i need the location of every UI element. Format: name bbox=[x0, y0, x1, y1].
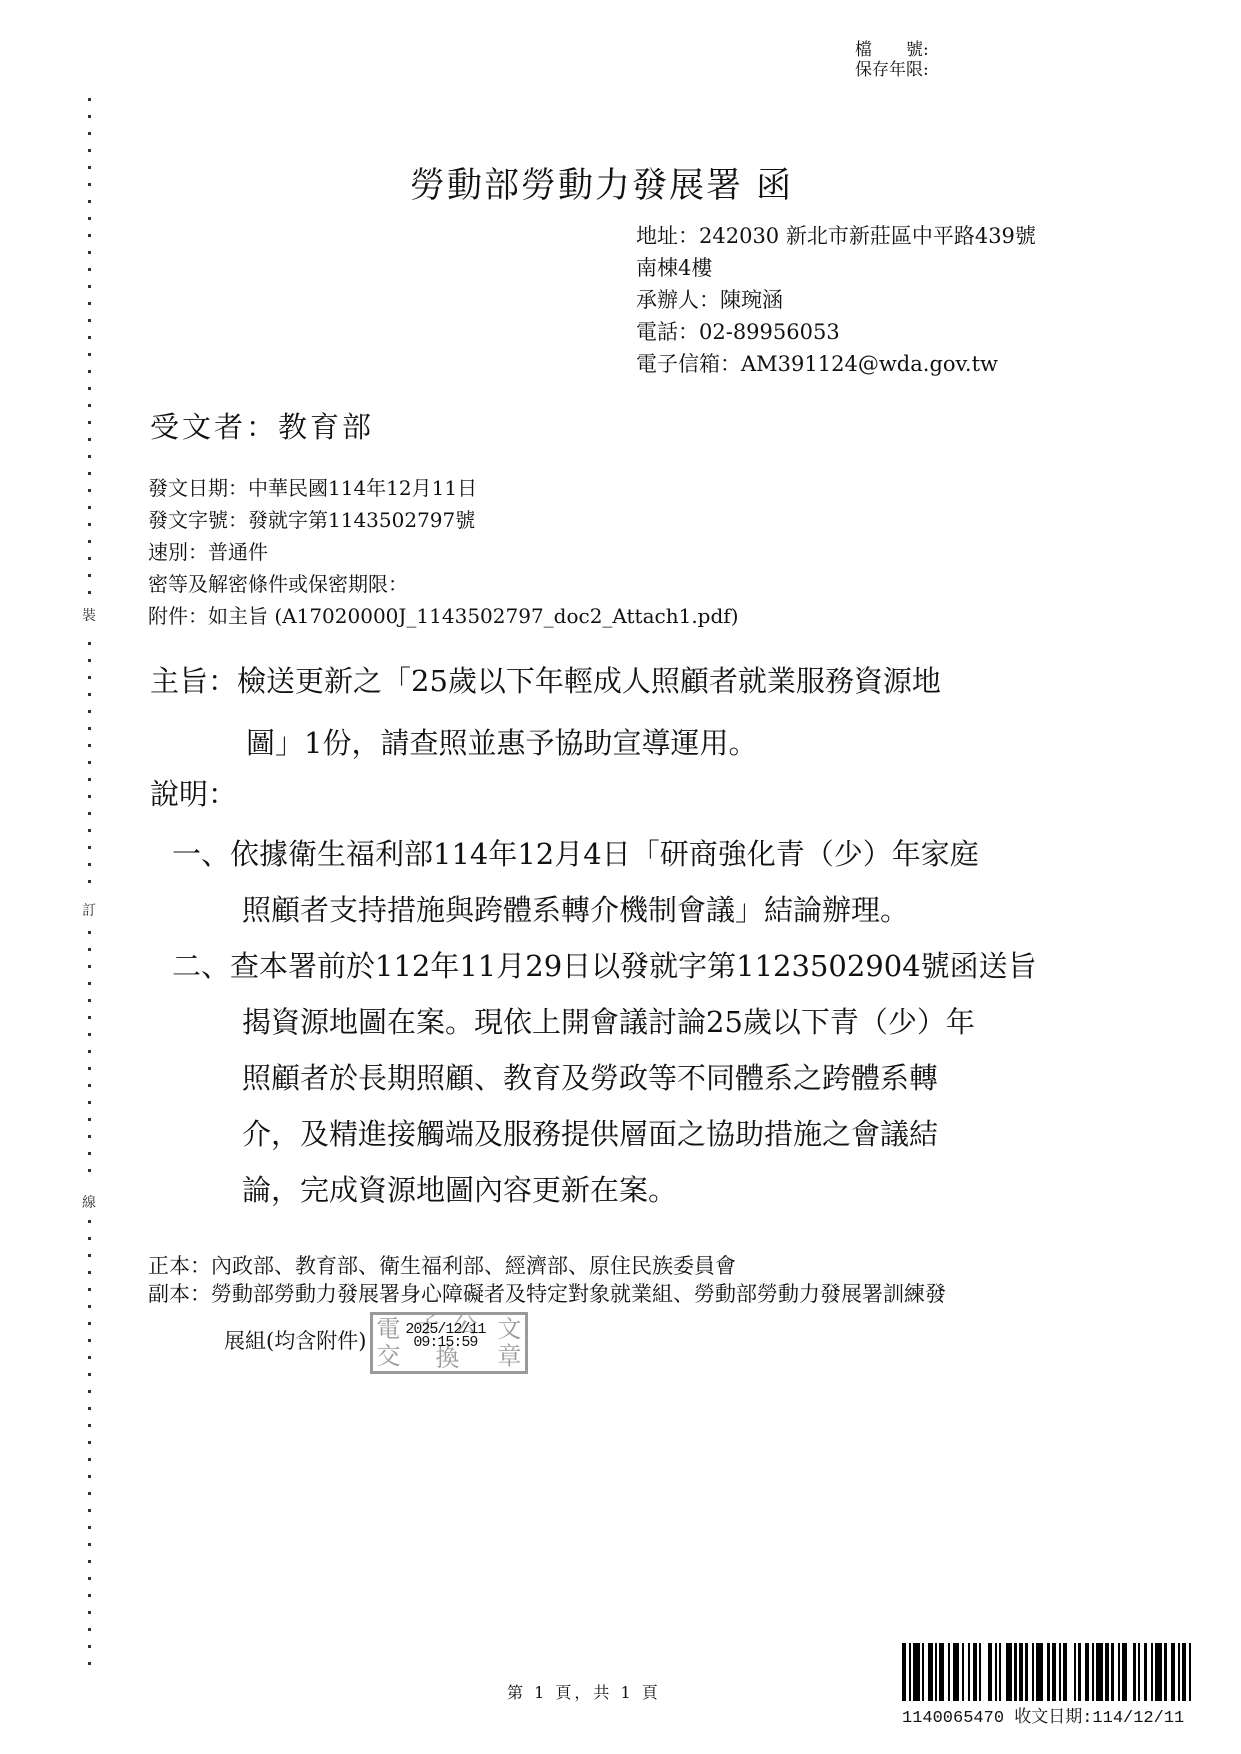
barcode-bar bbox=[1127, 1643, 1134, 1701]
barcode-bar bbox=[1006, 1643, 1013, 1701]
issue-date: 發文日期：中華民國114年12月11日 bbox=[148, 472, 739, 504]
binding-dot bbox=[88, 948, 91, 951]
binding-dot bbox=[88, 455, 91, 458]
binding-dot bbox=[88, 1594, 91, 1597]
retention-period-label: 保存年限: bbox=[855, 60, 929, 80]
binding-dot bbox=[88, 1424, 91, 1427]
binding-dot bbox=[88, 1288, 91, 1291]
binding-dot bbox=[88, 642, 91, 645]
barcode-text: 1140065470 收文日期:114/12/11 bbox=[902, 1702, 1184, 1728]
binding-dot bbox=[88, 421, 91, 424]
copy-recipients-line-2-row: 展組(均含附件) 電 子 公 文 交 換 章 2025/12/11 09:15:… bbox=[148, 1308, 946, 1374]
binding-dot bbox=[88, 251, 91, 254]
explanation-items: 一、依據衛生福利部114年12月4日「研商強化青（少）年家庭 照顧者支持措施與跨… bbox=[172, 826, 1037, 1218]
email: 電子信箱：AM391124@wda.gov.tw bbox=[636, 348, 1036, 380]
barcode-bar bbox=[1096, 1643, 1103, 1701]
binding-dot bbox=[88, 1135, 91, 1138]
binding-dot bbox=[88, 1577, 91, 1580]
binding-dot bbox=[88, 234, 91, 237]
binding-dot bbox=[88, 1169, 91, 1172]
binding-label: 線 bbox=[82, 1192, 96, 1212]
reference-block: 檔 號: 保存年限: bbox=[855, 40, 929, 80]
binding-dot bbox=[88, 1067, 91, 1070]
explanation-item-1: 一、依據衛生福利部114年12月4日「研商強化青（少）年家庭 照顧者支持措施與跨… bbox=[172, 826, 1037, 938]
binding-dot bbox=[88, 1152, 91, 1155]
item-line: 二、查本署前於112年11月29日以發就字第1123502904號函送旨 bbox=[172, 938, 1037, 994]
binding-dot bbox=[88, 285, 91, 288]
item-line: 照顧者支持措施與跨體系轉介機制會議」結論辦理。 bbox=[172, 882, 1037, 938]
binding-dot bbox=[88, 1492, 91, 1495]
handler: 承辦人：陳琬涵 bbox=[636, 284, 1036, 316]
binding-dot bbox=[88, 1033, 91, 1036]
binding-dot bbox=[88, 982, 91, 985]
binding-dot bbox=[88, 795, 91, 798]
phone: 電話：02-89956053 bbox=[636, 316, 1036, 348]
binding-dot bbox=[88, 1356, 91, 1359]
barcode-bar bbox=[913, 1643, 920, 1701]
binding-dot bbox=[88, 540, 91, 543]
page-number: 第 1 頁，共 1 頁 bbox=[507, 1680, 661, 1703]
secrecy-level: 密等及解密條件或保密期限： bbox=[148, 568, 739, 600]
binding-dot bbox=[88, 1441, 91, 1444]
binding-dot bbox=[88, 472, 91, 475]
binding-label: 裝 bbox=[82, 605, 96, 625]
binding-dot bbox=[88, 1016, 91, 1019]
binding-dot bbox=[88, 1628, 91, 1631]
binding-dot bbox=[88, 557, 91, 560]
barcode-bar bbox=[981, 1643, 988, 1701]
stamp-char: 交 bbox=[376, 1343, 400, 1369]
speed-class: 速別：普通件 bbox=[148, 536, 739, 568]
item-line: 論，完成資源地圖內容更新在案。 bbox=[172, 1162, 1037, 1218]
binding-dot bbox=[88, 1271, 91, 1274]
barcode bbox=[902, 1643, 1198, 1701]
binding-dot bbox=[88, 1322, 91, 1325]
binding-dot bbox=[88, 659, 91, 662]
subject-line-2: 圖」1份，請查照並惠予協助宣導運用。 bbox=[150, 712, 941, 774]
binding-dot bbox=[88, 591, 91, 594]
stamp-time: 09:15:59 bbox=[405, 1336, 485, 1349]
distribution-block: 正本：內政部、教育部、衛生福利部、經濟部、原住民族委員會 副本：勞動部勞動力發展… bbox=[148, 1252, 946, 1374]
binding-dot bbox=[88, 217, 91, 220]
binding-dot bbox=[88, 98, 91, 101]
document-title: 勞動部勞動力發展署 函 bbox=[410, 158, 793, 208]
binding-dot bbox=[88, 1475, 91, 1478]
address-line-2: 南棟4樓 bbox=[636, 252, 1036, 284]
binding-dot bbox=[88, 1390, 91, 1393]
subject-line-1: 主旨：檢送更新之「25歲以下年輕成人照顧者就業服務資源地 bbox=[150, 650, 941, 712]
binding-dot bbox=[88, 812, 91, 815]
binding-dot bbox=[88, 1237, 91, 1240]
binding-dot bbox=[88, 693, 91, 696]
binding-dot bbox=[88, 166, 91, 169]
binding-dot bbox=[88, 676, 91, 679]
item-line: 揭資源地圖在案。現依上開會議討論25歲以下青（少）年 bbox=[172, 994, 1037, 1050]
binding-dot bbox=[88, 880, 91, 883]
binding-dot bbox=[88, 200, 91, 203]
binding-dot bbox=[88, 1101, 91, 1104]
binding-margin: 裝訂線 bbox=[86, 98, 94, 1668]
binding-dot bbox=[88, 965, 91, 968]
binding-dot bbox=[88, 336, 91, 339]
binding-dot bbox=[88, 778, 91, 781]
binding-dot bbox=[88, 1611, 91, 1614]
item-line: 一、依據衛生福利部114年12月4日「研商強化青（少）年家庭 bbox=[172, 826, 1037, 882]
binding-dot bbox=[88, 183, 91, 186]
contact-block: 地址：242030 新北市新莊區中平路439號 南棟4樓 承辦人：陳琬涵 電話：… bbox=[636, 220, 1036, 380]
binding-dot bbox=[88, 846, 91, 849]
binding-dot bbox=[88, 353, 91, 356]
barcode-bar bbox=[1036, 1643, 1043, 1701]
barcode-bar bbox=[953, 1643, 960, 1701]
copy-recipients-line-1: 副本：勞動部勞動力發展署身心障礙者及特定對象就業組、勞動部勞動力發展署訓練發 bbox=[148, 1280, 946, 1308]
binding-dot bbox=[88, 319, 91, 322]
binding-dot bbox=[88, 404, 91, 407]
stamp-char: 文 bbox=[497, 1316, 521, 1342]
binding-dot bbox=[88, 829, 91, 832]
binding-dot bbox=[88, 1560, 91, 1563]
stamp-char: 電 bbox=[376, 1316, 400, 1342]
electronic-exchange-stamp: 電 子 公 文 交 換 章 2025/12/11 09:15:59 bbox=[370, 1312, 528, 1374]
binding-dot bbox=[88, 489, 91, 492]
binding-dot bbox=[88, 1050, 91, 1053]
item-line: 照顧者於長期照顧、教育及勞政等不同體系之跨體系轉 bbox=[172, 1050, 1037, 1106]
binding-dot bbox=[88, 506, 91, 509]
binding-dot bbox=[88, 761, 91, 764]
address-line-1: 地址：242030 新北市新莊區中平路439號 bbox=[636, 220, 1036, 252]
document-meta: 發文日期：中華民國114年12月11日 發文字號：發就字第1143502797號… bbox=[148, 472, 739, 632]
barcode-bar bbox=[1155, 1643, 1162, 1701]
barcode-bar bbox=[1191, 1643, 1198, 1701]
attachment: 附件：如主旨 (A17020000J_1143502797_doc2_Attac… bbox=[148, 600, 739, 632]
binding-dot bbox=[88, 744, 91, 747]
stamp-char: 章 bbox=[497, 1343, 521, 1369]
binding-dot bbox=[88, 999, 91, 1002]
binding-dot bbox=[88, 1305, 91, 1308]
explanation-item-2: 二、查本署前於112年11月29日以發就字第1123502904號函送旨 揭資源… bbox=[172, 938, 1037, 1218]
binding-dot bbox=[88, 1662, 91, 1665]
binding-dot bbox=[88, 1645, 91, 1648]
binding-dot bbox=[88, 1220, 91, 1223]
item-line: 介，及精進接觸端及服務提供層面之協助措施之會議結 bbox=[172, 1106, 1037, 1162]
binding-dot bbox=[88, 268, 91, 271]
binding-dot bbox=[88, 1509, 91, 1512]
binding-dot bbox=[88, 1339, 91, 1342]
subject-section: 主旨：檢送更新之「25歲以下年輕成人照顧者就業服務資源地 圖」1份，請查照並惠予… bbox=[150, 650, 941, 774]
recipient: 受文者：教育部 bbox=[150, 405, 374, 446]
binding-dot bbox=[88, 370, 91, 373]
binding-dot bbox=[88, 132, 91, 135]
binding-dot bbox=[88, 115, 91, 118]
binding-dot bbox=[88, 302, 91, 305]
binding-dot bbox=[88, 387, 91, 390]
binding-dot bbox=[88, 1084, 91, 1087]
copy-recipients-line-2: 展組(均含附件) bbox=[224, 1327, 366, 1355]
binding-dot bbox=[88, 710, 91, 713]
document-number: 發文字號：發就字第1143502797號 bbox=[148, 504, 739, 536]
binding-dot bbox=[88, 727, 91, 730]
binding-dot bbox=[88, 1543, 91, 1546]
binding-dot bbox=[88, 1458, 91, 1461]
file-number-label: 檔 號: bbox=[855, 40, 929, 60]
binding-dot bbox=[88, 1118, 91, 1121]
binding-dot bbox=[88, 438, 91, 441]
binding-dot bbox=[88, 574, 91, 577]
original-recipients: 正本：內政部、教育部、衛生福利部、經濟部、原住民族委員會 bbox=[148, 1252, 946, 1280]
binding-dot bbox=[88, 931, 91, 934]
binding-label: 訂 bbox=[82, 900, 96, 920]
stamp-timestamp: 2025/12/11 09:15:59 bbox=[405, 1323, 485, 1349]
binding-dot bbox=[88, 1526, 91, 1529]
binding-dot bbox=[88, 523, 91, 526]
binding-dot bbox=[88, 863, 91, 866]
binding-dot bbox=[88, 149, 91, 152]
barcode-bar bbox=[1067, 1643, 1074, 1701]
binding-dot bbox=[88, 1373, 91, 1376]
binding-dot bbox=[88, 1407, 91, 1410]
explanation-header: 說明： bbox=[150, 772, 237, 813]
binding-dot bbox=[88, 1254, 91, 1257]
